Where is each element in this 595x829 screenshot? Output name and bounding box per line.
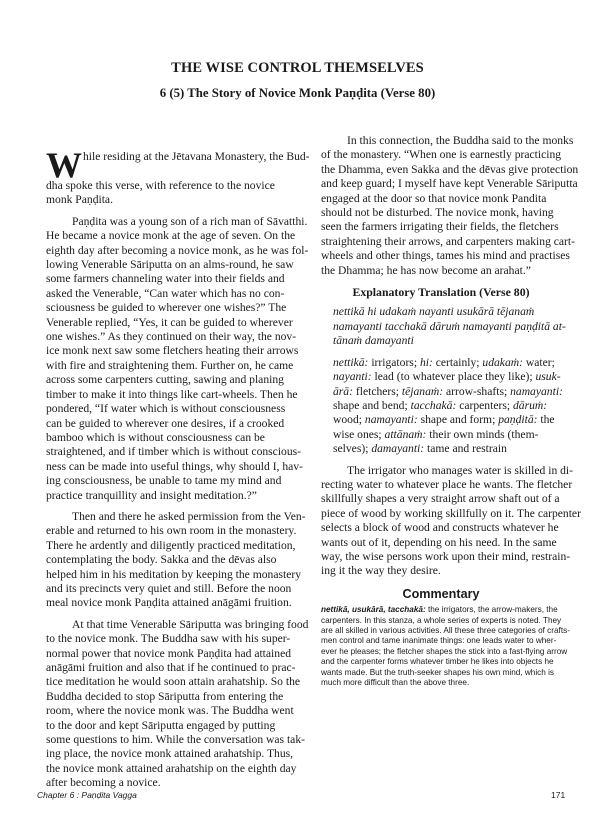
gloss-text: fletchers; [353,385,402,398]
page-number: 171 [551,790,565,800]
text-line: straightened, and if timber which is wit… [46,445,296,459]
commentary-text-segment: men control and tame inanimate things: o… [321,636,556,645]
commentary-line: nettikā, usukārā, tacchakā: the irrigato… [321,605,561,615]
text-line: wheels and other things, tames his mind … [321,249,561,263]
commentary-text-segment: ever he pleases; the fletcher shapes the… [321,647,567,656]
pali-term: dāruṁ: [513,399,547,412]
text-line: helped him in his meditation by keeping … [46,568,296,582]
gloss-line: wood; namayanti: shape and form; paṇḍitā… [333,413,561,427]
text-line: the Dhamma, even Sakka and the dēvas giv… [321,163,561,177]
text-line: seen the farmers irrigating their fields… [321,220,561,234]
text-line: At that time Venerable Sāriputta was bri… [46,618,296,632]
word-gloss: nettikā: irrigators; hi: certainly; udak… [321,356,561,457]
gloss-text: wood; [333,413,365,426]
pali-term: ārā: [333,385,353,398]
text-line: lowing Venerable Sāriputta on an alms-ro… [46,258,296,272]
paragraph-background: Paṇḍita was a young son of a rich man of… [46,215,296,503]
gloss-text: shape and bend; [333,399,411,412]
text-line: selects a block of wood and constructs w… [321,521,561,535]
text-line: practice tranquillity and insight medita… [46,489,296,503]
gloss-line: selves); damayanti: tame and restrain [333,442,561,456]
commentary-text-segment: the irrigators, the arrow-makers, the [426,605,558,614]
paragraph-buddha-words: In this connection, the Buddha said to t… [321,134,561,278]
pali-term: usuk- [536,370,561,383]
text-line: ing place, the novice monk attained arah… [46,747,296,761]
text-line: skillfully shapes a very straight arrow … [321,492,561,506]
text-line: Buddha decided to stop Sāriputta from en… [46,690,296,704]
text-line: can be guided to wherever one desires, i… [46,417,296,431]
gloss-text: water; [523,356,555,369]
left-column: W hile residing at the Jētavana Monaster… [46,150,296,791]
text-line: ing it the way they desire. [321,564,561,578]
gloss-line: ārā: fletchers; tējanaṁ: arrow-shafts; n… [333,385,561,399]
right-column: In this connection, the Buddha said to t… [321,134,561,688]
text-line: Then and there he asked permission from … [46,510,296,524]
gloss-text: lead (to whatever place they like); [372,370,536,383]
gloss-line: wise ones; attānaṁ: their own minds (the… [333,428,561,442]
text-line: nettikā hi udakaṁ nayanti usukārā tējana… [333,305,561,319]
pali-term: nayanti: [333,370,372,383]
text-line: bamboo which is without consciousness ca… [46,431,296,445]
text-line: ness can be made into useful things, why… [46,460,296,474]
commentary-text-segment: much more difficult than the above three… [321,678,469,687]
paragraph-intro: W hile residing at the Jētavana Monaster… [46,150,296,208]
footer-chapter: Chapter 6 : Paṇḍita Vagga [37,790,137,800]
pali-verse: nettikā hi udakaṁ nayanti usukārā tējana… [321,305,561,348]
commentary-line: ever he pleases; the fletcher shapes the… [321,647,561,657]
explanatory-translation-heading: Explanatory Translation (Verse 80) [321,278,561,305]
gloss-text: irrigators; [368,356,420,369]
text-line: the Dhamma; he has now become an arahat.… [321,264,561,278]
text-line: pondered, “If water which is without con… [46,402,296,416]
pali-term: namayanti: [365,413,418,426]
story-subtitle: 6 (5) The Story of Novice Monk Paṇḍita (… [0,86,595,101]
commentary-line: carpenters. In this stanza, a whole seri… [321,616,561,626]
gloss-line: nayanti: lead (to whatever place they li… [333,370,561,384]
commentary-heading: Commentary [321,579,561,605]
gloss-text: carpenters; [456,399,513,412]
commentary-line: are all skilled in various activities. A… [321,626,561,636]
text-line: one wishes.” As they continued on their … [46,330,296,344]
text-line: The irrigator who manages water is skill… [321,464,561,478]
text-line: engaged at the door so that novice monk … [321,192,561,206]
text-line: and keep guard; I myself have kept Vener… [321,177,561,191]
commentary-text: nettikā, usukārā, tacchakā: the irrigato… [321,605,561,688]
text-line: sciousness be guided to wherever one wis… [46,301,296,315]
text-line: contemplating the body. Sakka and the dē… [46,553,296,567]
commentary-line: and the carpenter forms whatever timber … [321,657,561,667]
commentary-text-segment: and the carpenter forms whatever timber … [321,657,554,666]
pali-term: udakaṁ: [482,356,523,369]
paragraph-translation: The irrigator who manages water is skill… [321,464,561,579]
text-line: to the novice monk. The Buddha saw with … [46,632,296,646]
gloss-text: shape and form; [418,413,499,426]
text-line: eighth day after becoming a novice monk,… [46,244,296,258]
text-line: piece of wood by working skillfully on i… [321,507,561,521]
text-line: and its precincts very quiet and still. … [46,582,296,596]
pali-term: namayanti: [510,385,563,398]
text-line: monk Paṇḍita. [46,193,296,207]
text-line: tānaṁ damayanti [333,334,561,348]
commentary-text-segment: carpenters. In this stanza, a whole seri… [321,616,561,625]
text-line: namayanti tacchakā dāruṁ namayanti paṇḍi… [333,320,561,334]
page-title: THE WISE CONTROL THEMSELVES [0,60,595,77]
text-line: across some carpenters cutting, sawing a… [46,373,296,387]
text-line: ice monk next saw some fletchers heating… [46,344,296,358]
gloss-line: shape and bend; tacchakā: carpenters; dā… [333,399,561,413]
commentary-line: wants made. But the truth-seeker shapes … [321,668,561,678]
gloss-line: nettikā: irrigators; hi: certainly; udak… [333,356,561,370]
commentary-text-segment: are all skilled in various activities. A… [321,626,570,635]
pali-term: paṇḍitā: [498,413,537,426]
pali-term: tacchakā: [411,399,457,412]
text-line: There he ardently and diligently practic… [46,539,296,553]
drop-cap: W [46,151,82,179]
commentary-text-segment: wants made. But the truth-seeker shapes … [321,668,554,677]
text-line: normal power that novice monk Paṇḍita ha… [46,647,296,661]
text-line: straightening their arrows, and carpente… [321,235,561,249]
pali-term: damayanti: [371,442,424,455]
text-line: some farmers channeling water into their… [46,272,296,286]
gloss-text: wise ones; [333,428,385,441]
text-line: dha spoke this verse, with reference to … [46,179,296,193]
text-line: to the door and kept Sāriputta engaged b… [46,719,296,733]
text-line: wants out of it, depending on his need. … [321,536,561,550]
text-line: In this connection, the Buddha said to t… [321,134,561,148]
gloss-text: the [538,413,555,426]
text-line: Paṇḍita was a young son of a rich man of… [46,215,296,229]
text-line: recting water to whatever place he wants… [321,478,561,492]
text-line: erable and returned to his own room in t… [46,524,296,538]
pali-term: nettikā: [333,356,368,369]
text-line: after becoming a novice. [46,776,296,790]
gloss-text: their own minds (them- [426,428,538,441]
text-line: asked the Venerable, “Can water which ha… [46,287,296,301]
text-line: He became a novice monk at the age of se… [46,229,296,243]
text-line: ing consciousness, be unable to tame my … [46,474,296,488]
pali-term: hi: [420,356,433,369]
text-line: should not be disturbed. The novice monk… [321,206,561,220]
commentary-line: much more difficult than the above three… [321,678,561,688]
text-line: tice meditation he would soon attain ara… [46,675,296,689]
gloss-text: certainly; [433,356,483,369]
text-line: room, where the novice monk was. The Bud… [46,704,296,718]
text-line: meal novice monk Paṇḍita attained anāgām… [46,596,296,610]
paragraph-arahatship: At that time Venerable Sāriputta was bri… [46,618,296,791]
gloss-text: tame and restrain [424,442,507,455]
text-line: the novice monk attained arahatship on t… [46,762,296,776]
paragraph-meditation: Then and there he asked permission from … [46,510,296,611]
pali-term: attānaṁ: [385,428,427,441]
text-line: timber to make it into things like cart-… [46,388,296,402]
text-line: way, the wise persons work upon their mi… [321,550,561,564]
gloss-text: arrow-shafts; [443,385,510,398]
commentary-lead-terms: nettikā, usukārā, tacchakā: [321,605,426,614]
gloss-text: selves); [333,442,371,455]
text-line: hile residing at the Jētavana Monastery,… [46,150,296,164]
text-line: of the monastery. “When one is earnestly… [321,148,561,162]
text-line: anāgāmi fruition and also that if he con… [46,661,296,675]
pali-term: tējanaṁ: [402,385,443,398]
text-line: some questions to him. While the convers… [46,733,296,747]
commentary-line: men control and tame inanimate things: o… [321,636,561,646]
text-line: with fire and straightening them. Furthe… [46,359,296,373]
text-line: Venerable replied, “Yes, it can be guide… [46,316,296,330]
